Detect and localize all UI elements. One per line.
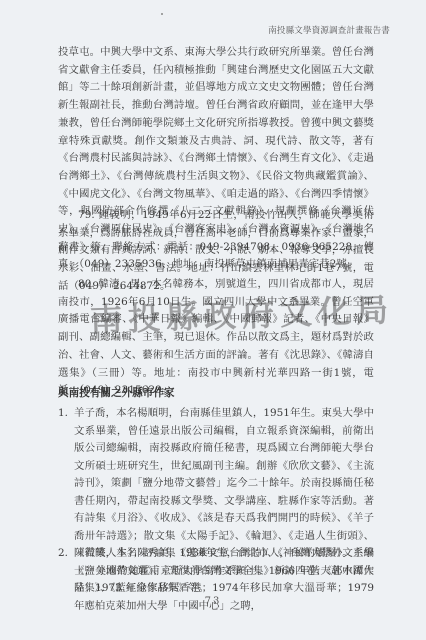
running-header: 南投縣文學資源調查計畫報告書 xyxy=(268,24,390,36)
section-title: 與南投有關之外縣市作家 xyxy=(58,385,175,400)
document-page: 南投縣文學資源調查計畫報告書 投草屯。中興大學中文系、東海大學公共行政研究所畢業… xyxy=(0,0,426,640)
scan-speck xyxy=(161,13,163,15)
page-number: 73 xyxy=(0,596,426,607)
